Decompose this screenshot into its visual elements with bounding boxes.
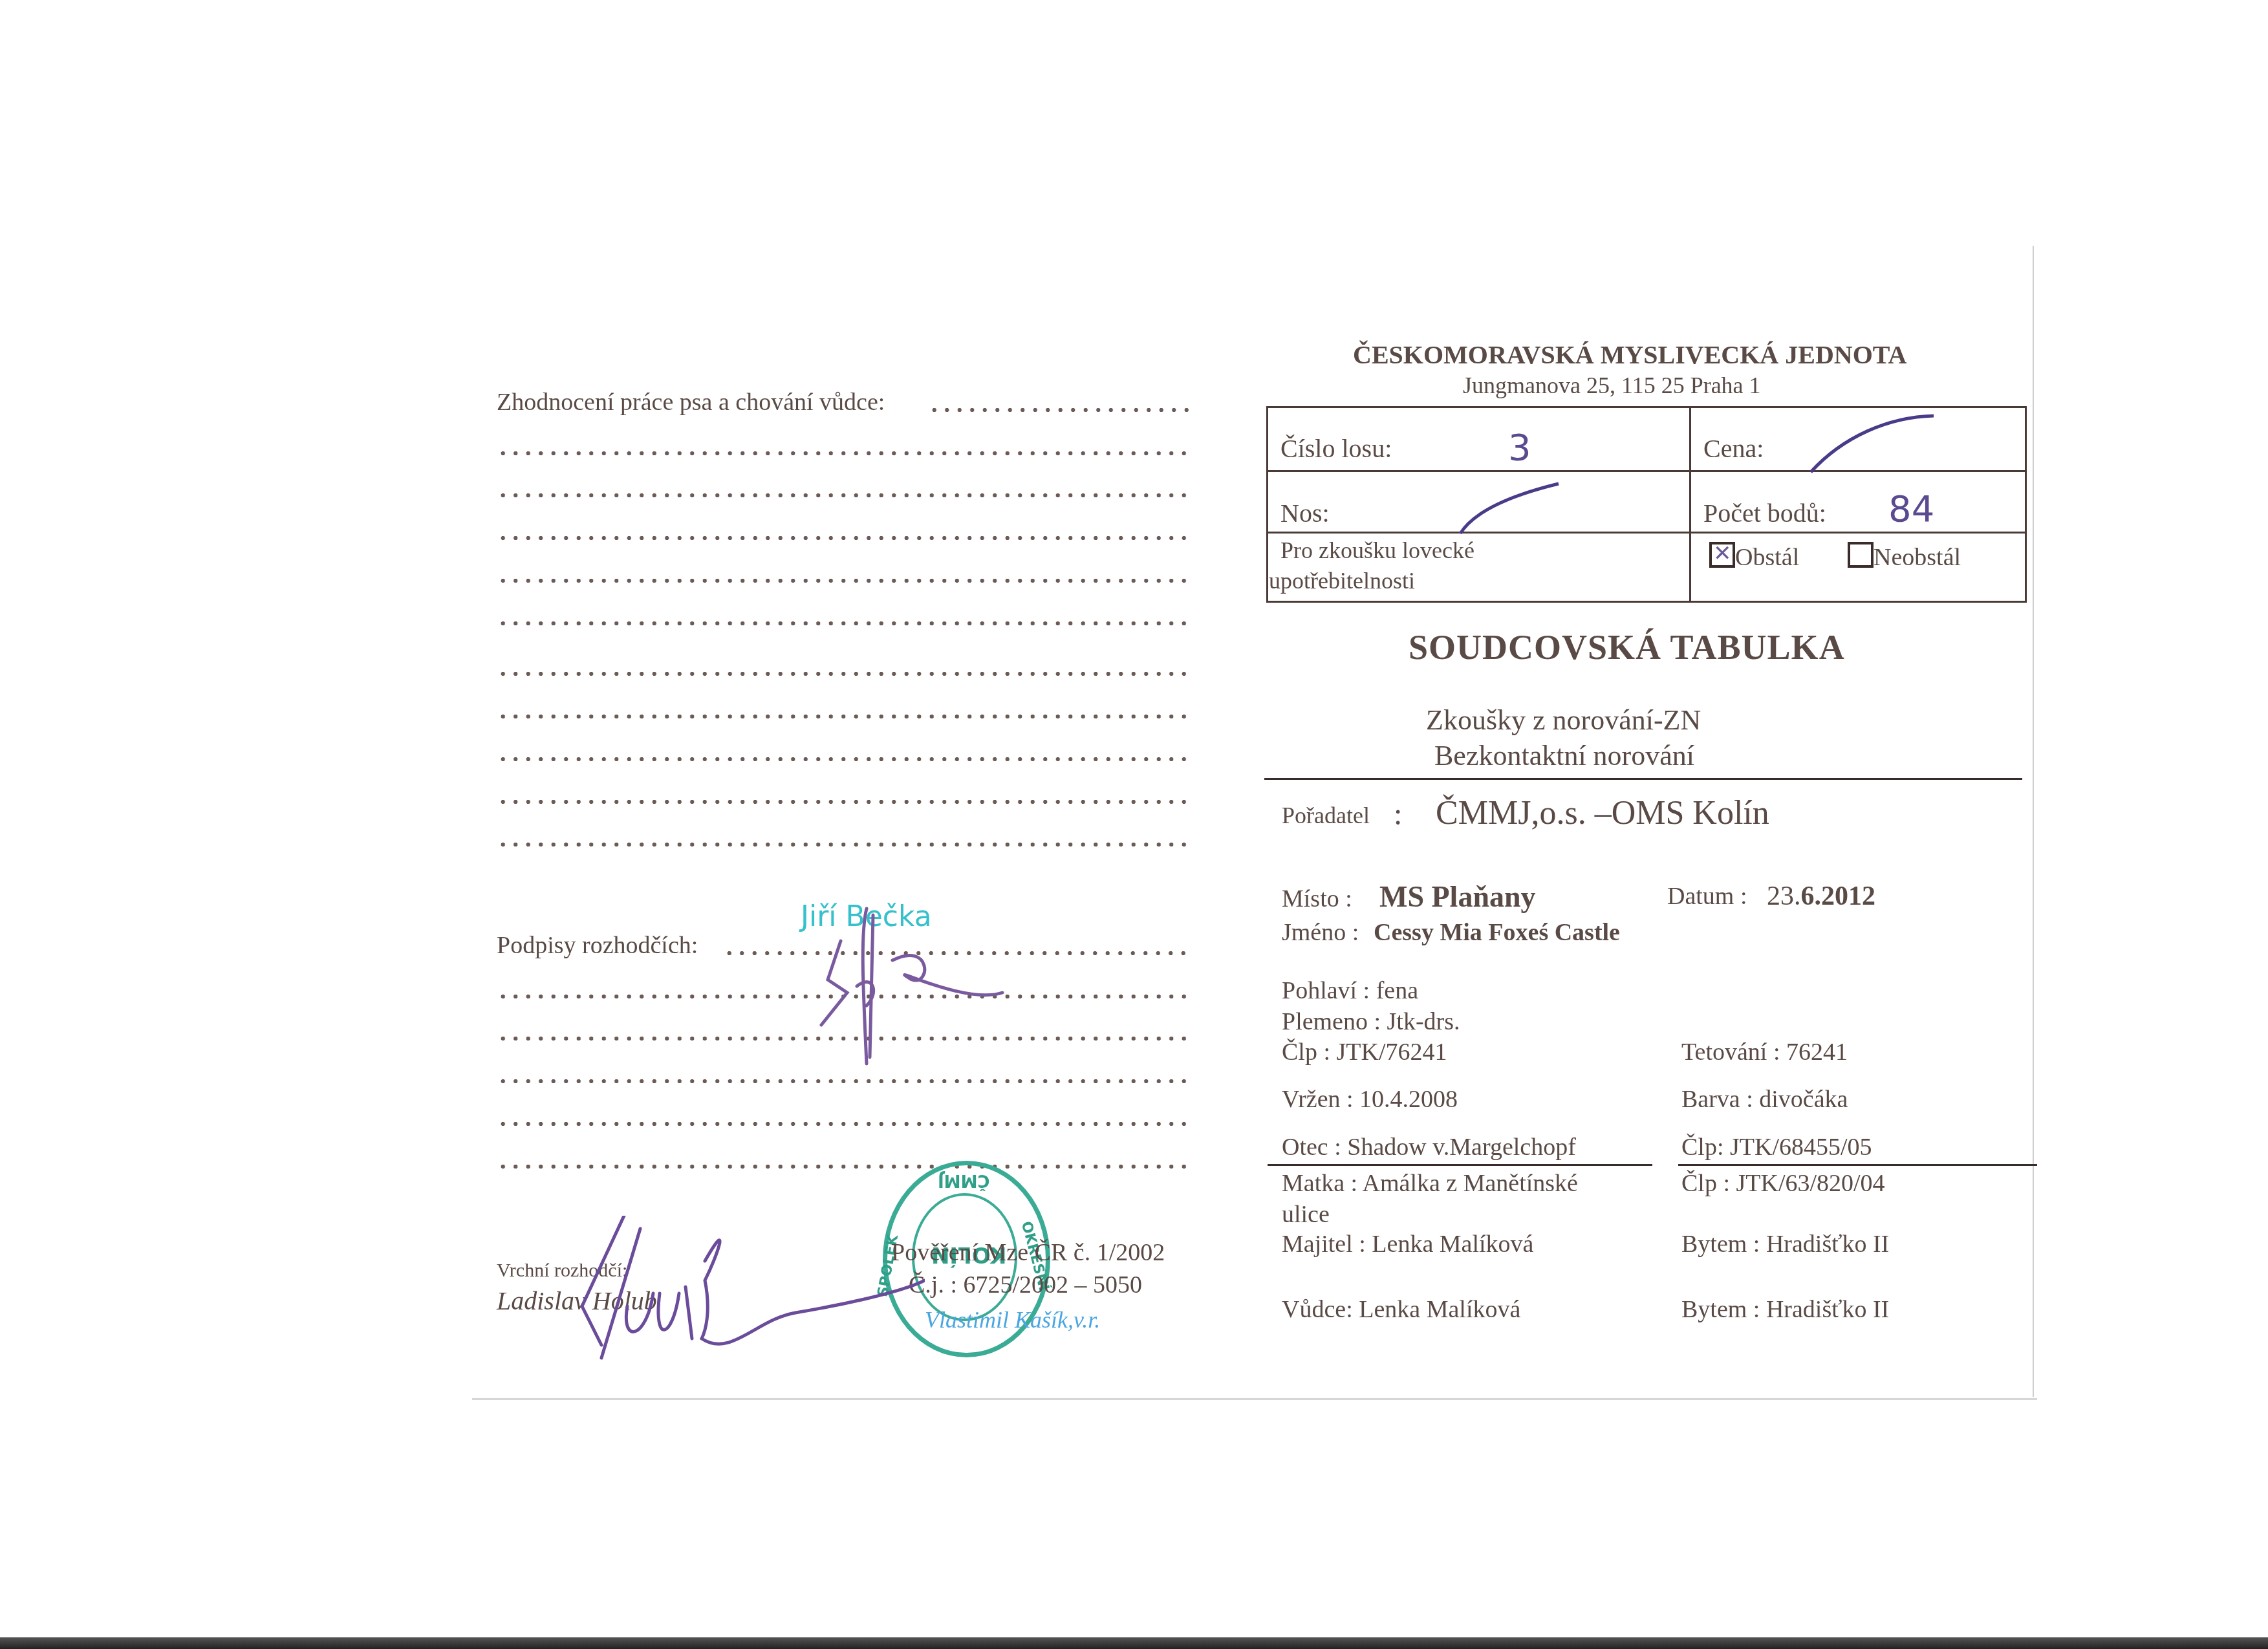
color-field: Barva : divočáka bbox=[1681, 1085, 1848, 1114]
organization-address: Jungmanova 25, 115 25 Praha 1 bbox=[1463, 372, 1761, 399]
evaluation-dotline bbox=[497, 621, 1192, 626]
signature-dotline bbox=[497, 1164, 1192, 1169]
place-label: Místo : bbox=[1282, 885, 1352, 913]
stamp-top-text: ČMMJ bbox=[938, 1170, 990, 1190]
evaluation-dotline bbox=[497, 757, 1192, 762]
owner-residence-field: Bytem : Hradišťko II bbox=[1681, 1230, 1889, 1258]
mother-field-continued: ulice bbox=[1282, 1200, 1330, 1229]
owner-field: Majitel : Lenka Malíková bbox=[1282, 1230, 1533, 1258]
registration-field: Člp : JTK/76241 bbox=[1282, 1038, 1447, 1066]
father-registration-underline bbox=[1678, 1164, 2037, 1166]
mother-field: Matka : Amálka z Manětínské bbox=[1282, 1169, 1578, 1198]
evaluation-dotline bbox=[497, 714, 1192, 719]
evaluation-dotline bbox=[497, 799, 1192, 804]
lot-number-label: Číslo losu: bbox=[1280, 433, 1392, 464]
document-title: SOUDCOVSKÁ TABULKA bbox=[1409, 627, 1845, 667]
exam-divider bbox=[1264, 778, 2022, 780]
sheet-bottom-edge bbox=[472, 1398, 2037, 1400]
prize-dash-mark bbox=[1804, 411, 1947, 475]
nose-dash-mark bbox=[1455, 479, 1565, 537]
evaluation-dotline bbox=[497, 535, 1192, 541]
sex-field: Pohlaví : fena bbox=[1282, 976, 1418, 1005]
father-registration-field: Člp: JTK/68455/05 bbox=[1681, 1133, 1872, 1161]
date-value-month-year: 6.2012 bbox=[1801, 881, 1876, 911]
sheet-right-edge bbox=[2033, 246, 2034, 1397]
authorization-line-2: Č.j. : 6725/2002 – 5050 bbox=[909, 1271, 1142, 1299]
passed-checkbox[interactable] bbox=[1709, 542, 1735, 568]
father-field: Otec : Shadow v.Margelchopf bbox=[1282, 1133, 1576, 1161]
evaluation-dotline bbox=[497, 578, 1192, 583]
signatures-label: Podpisy rozhodčích: bbox=[497, 931, 698, 960]
dog-name-label: Jméno : bbox=[1282, 918, 1359, 947]
date-label: Datum : bbox=[1667, 882, 1747, 911]
failed-checkbox[interactable] bbox=[1848, 542, 1874, 568]
organizer-value: ČMMJ,o.s. –OMS Kolín bbox=[1436, 794, 1769, 832]
exam-type-line-2: Bezkontaktní norování bbox=[1434, 739, 1694, 772]
exam-type-line-1: Zkoušky z norování-ZN bbox=[1426, 704, 1701, 737]
dog-name-value: Cessy Mia Foxeś Castle bbox=[1374, 918, 1620, 947]
scanner-bottom-bar bbox=[0, 1637, 2268, 1649]
breed-field: Plemeno : Jtk-drs. bbox=[1282, 1008, 1460, 1036]
prize-label: Cena: bbox=[1703, 433, 1764, 464]
tattoo-field: Tetování : 76241 bbox=[1681, 1038, 1848, 1066]
passed-option[interactable]: Obstál bbox=[1709, 542, 1799, 572]
purpose-line-2: upotřebitelnosti bbox=[1269, 567, 1415, 594]
organization-name: ČESKOMORAVSKÁ MYSLIVECKÁ JEDNOTA bbox=[1353, 339, 1906, 370]
nose-label: Nos: bbox=[1280, 498, 1330, 528]
authorization-line-1: Pověření Mze ČR č. 1/2002 bbox=[891, 1238, 1165, 1267]
evaluation-dotline bbox=[497, 451, 1192, 456]
evaluation-dotline bbox=[497, 493, 1192, 498]
evaluation-label: Zhodnocení práce psa a chování vůdce: bbox=[497, 388, 885, 416]
points-label: Počet bodů: bbox=[1703, 498, 1826, 528]
born-field: Vržen : 10.4.2008 bbox=[1282, 1085, 1458, 1114]
authorization-signer: Vlastimil Kašík,v.r. bbox=[925, 1306, 1100, 1333]
place-value: MS Plaňany bbox=[1379, 879, 1536, 914]
passed-label: Obstál bbox=[1735, 544, 1799, 571]
date-value: 23.6.2012 bbox=[1767, 881, 1875, 912]
chief-judge-signature bbox=[563, 1216, 925, 1364]
points-value: 84 bbox=[1888, 488, 1934, 530]
failed-option[interactable]: Neobstál bbox=[1848, 542, 1961, 572]
failed-label: Neobstál bbox=[1874, 544, 1961, 571]
organizer-separator: : bbox=[1394, 797, 1402, 832]
signature-dotline bbox=[497, 1079, 1192, 1084]
result-box-divider bbox=[1689, 406, 1691, 601]
purpose-line-1: Pro zkoušku lovecké bbox=[1280, 537, 1474, 564]
judge-signature bbox=[802, 896, 1022, 1070]
mother-registration-field: Člp : JTK/63/820/04 bbox=[1681, 1169, 1885, 1198]
date-value-day: 23. bbox=[1767, 881, 1801, 911]
signature-dotline bbox=[497, 1121, 1192, 1126]
evaluation-dotline bbox=[928, 407, 1192, 413]
evaluation-dotline bbox=[497, 842, 1192, 847]
handler-residence-field: Bytem : Hradišťko II bbox=[1681, 1295, 1889, 1324]
result-box-row-line bbox=[1266, 532, 2027, 533]
father-underline bbox=[1268, 1164, 1652, 1166]
evaluation-dotline bbox=[497, 671, 1192, 676]
organizer-label: Pořadatel bbox=[1282, 802, 1370, 829]
lot-number-value: 3 bbox=[1508, 427, 1531, 469]
handler-field: Vůdce: Lenka Malíková bbox=[1282, 1295, 1520, 1324]
